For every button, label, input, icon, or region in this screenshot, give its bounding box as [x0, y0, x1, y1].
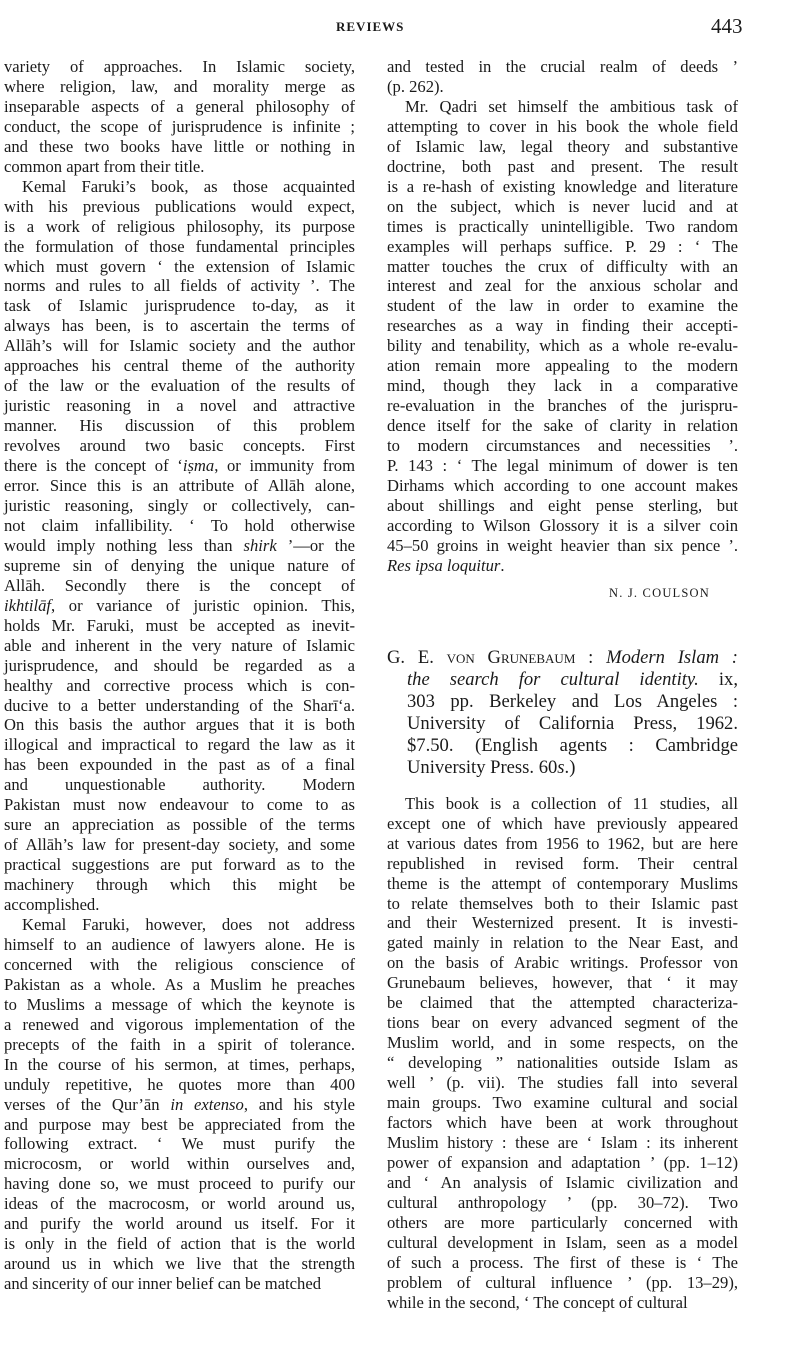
text-line: machinery through which this might be — [4, 875, 355, 895]
text-line: Allāh’s will for Islamic society and the… — [4, 336, 355, 356]
text-line: (p. 262). — [387, 77, 738, 97]
text-line: P. 143 : ‘ The legal minimum of dower is… — [387, 456, 738, 476]
text-line: is a work of religious philosophy, its p… — [4, 217, 355, 237]
text-line: juristic reasoning in a novel and attrac… — [4, 396, 355, 416]
text-line: ducive to a better understanding of the … — [4, 696, 355, 716]
text-line: bility and tenability, which as a whole … — [387, 336, 738, 356]
text-line: student of the law in order to examine t… — [387, 296, 738, 316]
left-column: variety of approaches. In Islamic societ… — [4, 57, 355, 1294]
text-line: theme is the attempt of contemporary Mus… — [387, 874, 738, 894]
text-line: except one of which have previously appe… — [387, 814, 738, 834]
text-line: practical suggestions are put forward as… — [4, 855, 355, 875]
running-head-title: REVIEWS — [336, 19, 404, 35]
text-line: and their Westernized present. It is inv… — [387, 913, 738, 933]
text-line: of Allāh’s law for present-day society, … — [4, 835, 355, 855]
text-line: norms and rules to all fields of activit… — [4, 276, 355, 296]
text-line: attempting to cover in his book the whol… — [387, 117, 738, 137]
text-line: illogical and impractical to regard the … — [4, 735, 355, 755]
shillings-abbrev: s — [557, 757, 564, 778]
previous-review-conclusion: and tested in the crucial realm of deeds… — [387, 57, 738, 576]
text-line: always has been, is to ascertain the ter… — [4, 316, 355, 336]
text-line: examples will perhaps suffice. P. 29 : ‘… — [387, 237, 738, 257]
page-number: 443 — [711, 14, 743, 39]
text-line: is only in the field of action that is t… — [4, 1234, 355, 1254]
text-line: sure an appreciation as possible of the … — [4, 815, 355, 835]
text-line: cultural development in Islam, seen as a… — [387, 1233, 738, 1253]
text-line: where religion, law, and morality merge … — [4, 77, 355, 97]
text-line: re-evaluation in the branches of the jur… — [387, 396, 738, 416]
text-line: according to Wilson Glossory it is a sil… — [387, 516, 738, 536]
text-line: to modern circumstances and necessities … — [387, 436, 738, 456]
text-line: times is practically unintelligible. Two… — [387, 217, 738, 237]
text-line: doctrine, both past and present. The res… — [387, 157, 738, 177]
citation-line-6: University Press. 60s.) — [387, 757, 738, 779]
text-line: ideas of the macrocosm, or world around … — [4, 1194, 355, 1214]
text-line: accomplished. — [4, 895, 355, 915]
text-line: and sincerity of our inner belief can be… — [4, 1274, 355, 1294]
text-line: 45–50 groins in weight heavier than six … — [387, 536, 738, 556]
text-line: Grunebaum believes, however, that ‘ it m… — [387, 973, 738, 993]
text-line: of such a process. The first of these is… — [387, 1253, 738, 1273]
text-line: about shillings and eight pense sterling… — [387, 496, 738, 516]
text-line: having done so, we must proceed to purif… — [4, 1174, 355, 1194]
text-line: precepts of the faith in a spirit of tol… — [4, 1035, 355, 1055]
citation-line-5: $7.50. (English agents : Cambridge — [387, 735, 738, 757]
text-line: main groups. Two examine cultural and so… — [387, 1093, 738, 1113]
text-line: holds Mr. Faruki, must be accepted as in… — [4, 616, 355, 636]
text-line: jurisprudence, and should be regarded as… — [4, 656, 355, 676]
text-line: ikhtilāf, or variance of juristic opinio… — [4, 596, 355, 616]
text-line: there is the concept of ‘iṣma, or immuni… — [4, 456, 355, 476]
text-line: factors which have been at work througho… — [387, 1113, 738, 1133]
author-name: von Grunebaum — [447, 647, 576, 668]
text-line: able and inherent in the very nature of … — [4, 636, 355, 656]
text-line: and purpose may best be appreciated from… — [4, 1115, 355, 1135]
text-line: to Muslims a message of which the keynot… — [4, 995, 355, 1015]
closing-paren: .) — [565, 757, 576, 778]
text-line: “ developing ” nationalities outside Isl… — [387, 1053, 738, 1073]
citation-line-4: University of California Press, 1962. — [387, 713, 738, 735]
text-line: Dirhams which according to one account m… — [387, 476, 738, 496]
text-line: power of expansion and adaptation ’ (pp.… — [387, 1153, 738, 1173]
text-line: and ‘ An analysis of Islamic civilizatio… — [387, 1173, 738, 1193]
text-line: microcosm, or world within ourselves and… — [4, 1154, 355, 1174]
text-line: This book is a collection of 11 studies,… — [387, 794, 738, 814]
running-head: REVIEWS 443 — [0, 14, 800, 38]
text-line: dence itself for the sake of clarity in … — [387, 416, 738, 436]
right-column: and tested in the crucial realm of deeds… — [387, 57, 738, 1313]
text-line: concerned with the religious conscience … — [4, 955, 355, 975]
text-line: researches as a way in finding their acc… — [387, 316, 738, 336]
text-line: around us in which we live that the stre… — [4, 1254, 355, 1274]
text-line: and these two books have little or nothi… — [4, 137, 355, 157]
text-line: conduct, the scope of jurisprudence is i… — [4, 117, 355, 137]
text-line: gated mainly in relation to the Near Eas… — [387, 933, 738, 953]
text-line: matter touches the crux of difficulty wi… — [387, 257, 738, 277]
text-line: well ’ (p. vii). The studies fall into s… — [387, 1073, 738, 1093]
citation-line-1: G. E. von Grunebaum : Modern Islam : — [387, 647, 738, 669]
text-line: revolves around two basic concepts. Firs… — [4, 436, 355, 456]
text-line: with his previous publications would exp… — [4, 197, 355, 217]
text-line: Pakistan as a whole. As a Muslim he prea… — [4, 975, 355, 995]
book-title-part-2: the search for cultural identity. — [407, 669, 699, 690]
text-line: common apart from their title. — [4, 157, 355, 177]
text-line: and purify the world around us itself. F… — [4, 1214, 355, 1234]
text-line: unduly repetitive, he quotes more than 4… — [4, 1075, 355, 1095]
text-line: inseparable aspects of a general philoso… — [4, 97, 355, 117]
separator: : — [575, 647, 606, 668]
text-line: On this basis the author argues that it … — [4, 715, 355, 735]
book-title-part-1: Modern Islam : — [606, 647, 738, 668]
text-line: juristic reasoning, singly or collective… — [4, 496, 355, 516]
text-line: Pakistan must now endeavour to come to a… — [4, 795, 355, 815]
preface-pages: ix, — [719, 669, 738, 690]
text-line: while in the second, ‘ The concept of cu… — [387, 1293, 738, 1313]
text-line: has been expounded in the past as of a f… — [4, 755, 355, 775]
text-line: Kemal Faruki’s book, as those acquainted — [4, 177, 355, 197]
text-line: ation remain more appealing to the moder… — [387, 356, 738, 376]
text-line: supreme sin of denying the unique nature… — [4, 556, 355, 576]
citation-line-3: 303 pp. Berkeley and Los Angeles : — [387, 691, 738, 713]
text-line: is a re-hash of existing knowledge and l… — [387, 177, 738, 197]
text-line: not claim infallibility. ‘ To hold other… — [4, 516, 355, 536]
text-line: approaches his central theme of the auth… — [4, 356, 355, 376]
text-line: be claimed that the attempted characteri… — [387, 993, 738, 1013]
text-line: Muslim world, and in some respects, on t… — [387, 1033, 738, 1053]
text-line: manner. His discussion of this problem — [4, 416, 355, 436]
reviewer-signature: N. J. COULSON — [387, 584, 738, 604]
text-line: Res ipsa loquitur. — [387, 556, 738, 576]
text-line: healthy and corrective process which is … — [4, 676, 355, 696]
citation-line-2: the search for cultural identity. ix, — [387, 669, 738, 691]
text-line: which must govern ‘ the extension of Isl… — [4, 257, 355, 277]
text-line: of the law or the evaluation of the resu… — [4, 376, 355, 396]
text-line: and unquestionable authority. Modern — [4, 775, 355, 795]
text-line: at various dates from 1956 to 1962, but … — [387, 834, 738, 854]
book-citation-heading: G. E. von Grunebaum : Modern Islam : the… — [387, 647, 738, 779]
text-line: and tested in the crucial realm of deeds… — [387, 57, 738, 77]
text-line: task of Islamic jurisprudence to-day, as… — [4, 296, 355, 316]
text-line: mind, though they lack in a comparative — [387, 376, 738, 396]
text-line: Allāh. Secondly there is the concept of — [4, 576, 355, 596]
text-line: problem of cultural influence ’ (pp. 13–… — [387, 1273, 738, 1293]
text-line: himself to an audience of lawyers alone.… — [4, 935, 355, 955]
text-line: on the subject, which is never lucid and… — [387, 197, 738, 217]
text-line: following extract. ‘ We must purify the — [4, 1134, 355, 1154]
text-line: error. Since this is an attribute of All… — [4, 476, 355, 496]
text-line: variety of approaches. In Islamic societ… — [4, 57, 355, 77]
text-line: verses of the Qur’ān in extenso, and his… — [4, 1095, 355, 1115]
text-line: In the course of his sermon, at times, p… — [4, 1055, 355, 1075]
text-line: a renewed and vigorous implementation of… — [4, 1015, 355, 1035]
text-line: Kemal Faruki, however, does not address — [4, 915, 355, 935]
text-line: to relate themselves both to their Islam… — [387, 894, 738, 914]
author-initials: G. E. — [387, 647, 434, 668]
text-line: others are more particularly concerned w… — [387, 1213, 738, 1233]
text-line: would imply nothing less than shirk ’—or… — [4, 536, 355, 556]
uk-agent: University Press. 60 — [407, 757, 557, 778]
text-line: republished in revised form. Their centr… — [387, 854, 738, 874]
text-line: cultural anthropology ’ (pp. 30–72). Two — [387, 1193, 738, 1213]
text-line: on the basis of Arabic writings. Profess… — [387, 953, 738, 973]
text-line: of Islamic law, legal theory and substan… — [387, 137, 738, 157]
text-line: tions bear on every advanced segment of … — [387, 1013, 738, 1033]
text-line: Mr. Qadri set himself the ambitious task… — [387, 97, 738, 117]
text-line: Muslim history : these are ‘ Islam : its… — [387, 1133, 738, 1153]
review-body: This book is a collection of 11 studies,… — [387, 794, 738, 1313]
text-line: the formulation of those fundamental pri… — [4, 237, 355, 257]
text-line: interest and zeal for the anxious schola… — [387, 276, 738, 296]
